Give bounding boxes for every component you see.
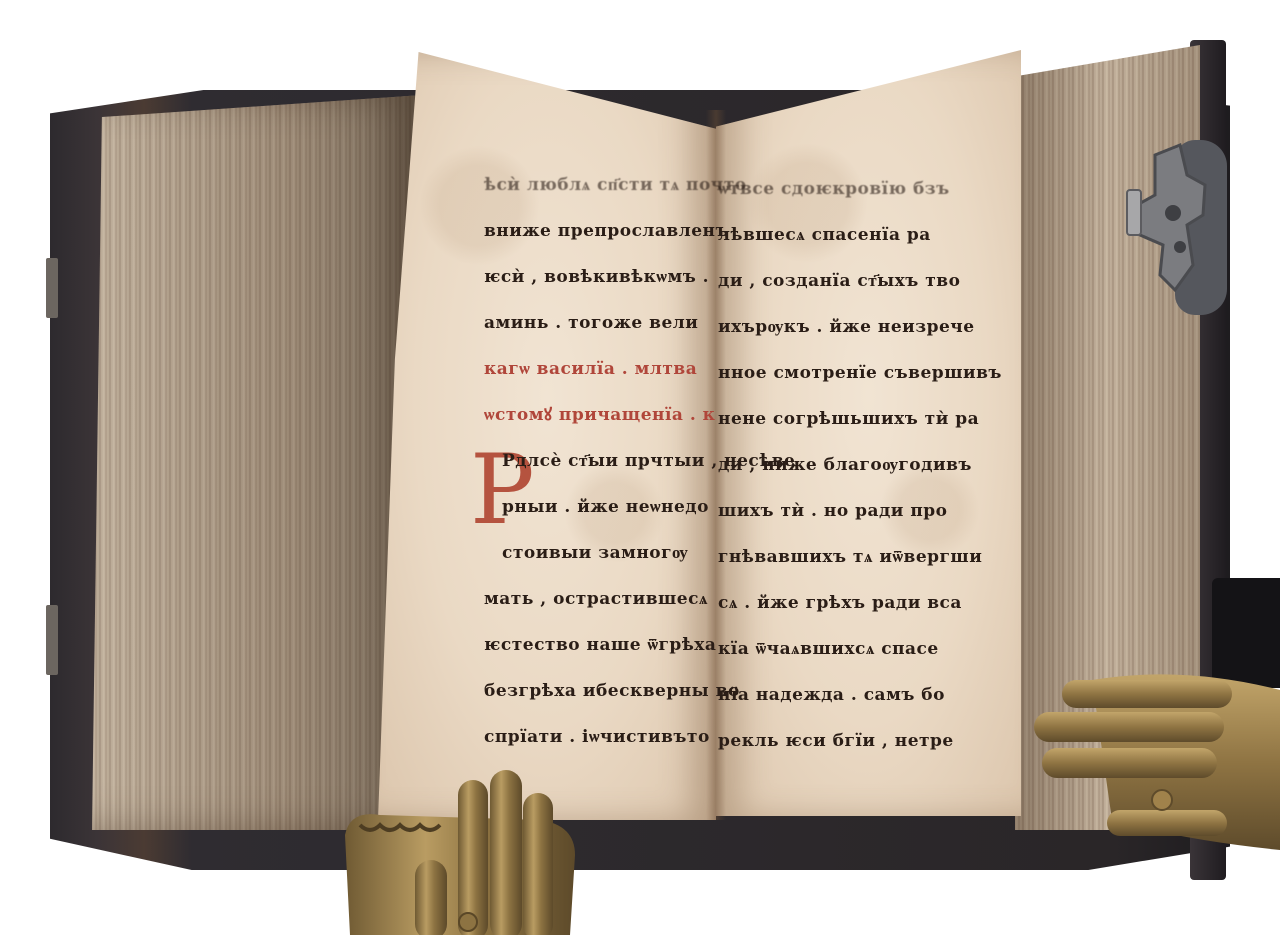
- clasp-icon: [1125, 135, 1215, 305]
- text-line: ѥсѝ , вовѣкивѣкѡмъ .: [484, 254, 704, 300]
- text-line: сѧ . йже грѣхъ ради вса: [718, 580, 988, 626]
- text-line: нїа надежда . самъ бо: [718, 672, 988, 718]
- text-line: мать , острастившесѧ: [484, 576, 704, 622]
- text-line: безгрѣха ибескверны во: [484, 668, 704, 714]
- text-line: шихъ тѝ . но ради про: [718, 488, 988, 534]
- brass-hand-stand-right: [1032, 660, 1280, 850]
- text-line: вниже препрославленъ: [484, 208, 704, 254]
- text-line: ѡтвсе сдоѥкровїю бзъ: [718, 166, 988, 212]
- text-line: нное смотренїе съвершивъ: [718, 350, 988, 396]
- rubric-line: кагѡ василїа . млтва: [484, 346, 704, 392]
- text-line: кїа ѿчаѧвшихсѧ спасе: [718, 626, 988, 672]
- text-line: ѥстество наше ѿгрѣха: [484, 622, 704, 668]
- brass-hand-stand-bottom: [340, 765, 580, 935]
- right-page-text: ѡтвсе сдоѥкровїю бзъ лѣвшесѧ спасенїа ра…: [718, 166, 988, 764]
- text-line: ди , созданїа ст҃ыхъ тво: [718, 258, 988, 304]
- text-line: нене согрѣшьшихъ тѝ ра: [718, 396, 988, 442]
- text-line: ди , ниже благоѹгодивъ: [718, 442, 988, 488]
- photo-scene: Р ѣсѝ люблѧ сп҃сти тѧ почто вниже препро…: [0, 0, 1280, 935]
- rubric-line: ѡстомꙋ причащенїа . к: [484, 392, 704, 438]
- text-line: гнѣвавшихъ тѧ иѿвергши: [718, 534, 988, 580]
- text-line: стоивыи замногѹ: [484, 530, 704, 576]
- text-line: рекль ѥси бгїи , нетре: [718, 718, 988, 764]
- page-block-left: [92, 95, 422, 830]
- text-line: спрїати . іѡчистивъто: [484, 714, 704, 760]
- text-line: Рдлсѐ ст҃ыи прчтыи , несѣве: [484, 438, 704, 484]
- text-line: ихърѹкъ . йже неизрече: [718, 304, 988, 350]
- text-line: аминь . тогоже вели: [484, 300, 704, 346]
- clasp-pin-icon: [46, 605, 58, 675]
- text-line: ѣсѝ люблѧ сп҃сти тѧ почто: [484, 162, 704, 208]
- left-page-text: ѣсѝ люблѧ сп҃сти тѧ почто вниже препросл…: [484, 162, 704, 760]
- text-line: рныи . йже неѡнедо: [484, 484, 704, 530]
- clasp-pin-icon: [46, 258, 58, 318]
- text-line: лѣвшесѧ спасенїа ра: [718, 212, 988, 258]
